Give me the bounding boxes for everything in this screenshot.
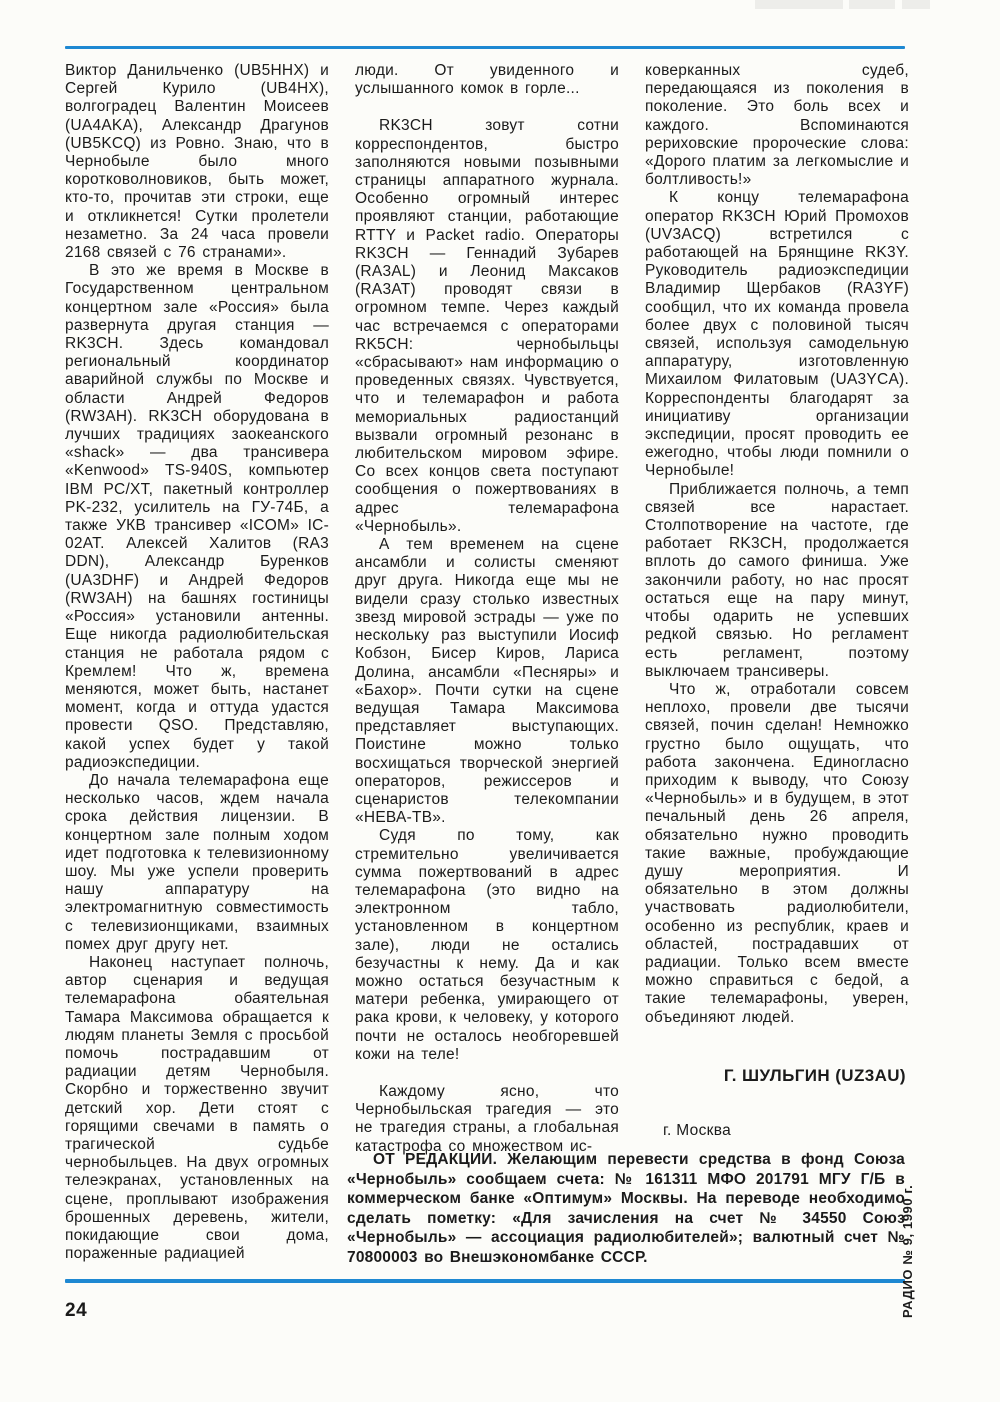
- page-number: 24: [65, 1300, 87, 1322]
- paragraph: Виктор Данильченко (UB5HHX) и Сергей Кур…: [65, 62, 329, 262]
- author-location: г. Москва: [663, 1122, 731, 1140]
- scan-artifact-strip: [755, 0, 843, 9]
- top-divider-rule: [65, 46, 905, 49]
- paragraph: люди. От увиденного и услышанного комок …: [355, 62, 619, 98]
- article-column-1: Виктор Данильченко (UB5HHX) и Сергей Кур…: [65, 62, 329, 1263]
- paragraph: А тем временем на сцене ансамбли и солис…: [355, 536, 619, 827]
- paragraph: RK3CH зовут сотни корреспондентов, быстр…: [355, 117, 619, 536]
- bottom-divider-rule: [65, 1279, 905, 1283]
- article-column-2: люди. От увиденного и услышанного комок …: [355, 62, 619, 1263]
- editorial-note: ОТ РЕДАКЦИИ. Желающим перевести средства…: [347, 1150, 905, 1267]
- paragraph: Приближается полночь, а темп связей все …: [645, 481, 909, 681]
- paragraph: К концу телемарафона оператор RK3CH Юрий…: [645, 189, 909, 480]
- paragraph: Судя по тому, как стремительно увеличива…: [355, 827, 619, 1064]
- paragraph: До начала телемарафона еще несколько час…: [65, 772, 329, 954]
- paragraph: Наконец наступает полночь, автор сценари…: [65, 954, 329, 1263]
- paragraph: коверканных судеб, передающаяся из покол…: [645, 62, 909, 189]
- journal-issue-vertical-label: РАДИО № 9, 1990 г.: [900, 1148, 924, 1318]
- scan-artifact-strip: [902, 0, 930, 9]
- paragraph: Каждому ясно, что Чернобыльская трагедия…: [355, 1083, 619, 1156]
- paragraph: В это же время в Москве в Государственно…: [65, 262, 329, 772]
- magazine-page: Виктор Данильченко (UB5HHX) и Сергей Кур…: [0, 0, 1000, 1402]
- author-signature: Г. ШУЛЬГИН (UZ3AU): [640, 1066, 906, 1086]
- paragraph: Что ж, отработали совсем неплохо, провел…: [645, 681, 909, 1027]
- scan-artifact-strip: [849, 0, 895, 9]
